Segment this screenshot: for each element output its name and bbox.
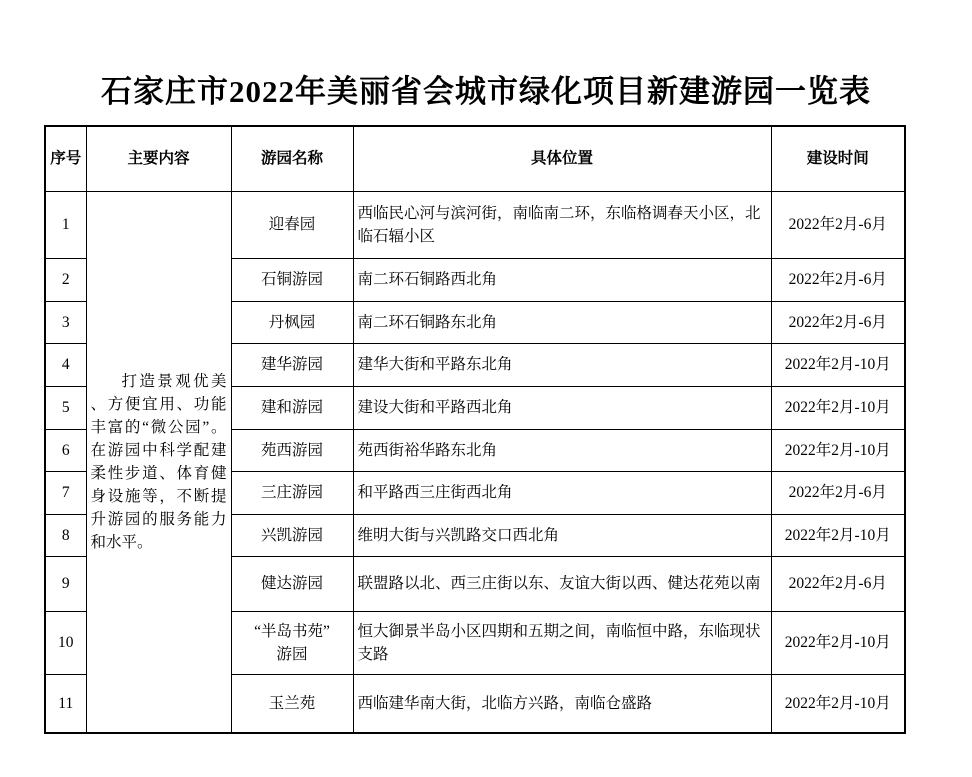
construction-time-cell: 2022年2月-10月 bbox=[771, 611, 905, 674]
construction-time-cell: 2022年2月-10月 bbox=[771, 514, 905, 556]
header-construction-time: 建设时间 bbox=[771, 126, 905, 191]
location-cell: 维明大街与兴凯路交口西北角 bbox=[353, 514, 771, 556]
table-row: 1 打造景观优美、方便宜用、功能丰富的“微公园”。在游园中科学配建柔性步道、体育… bbox=[45, 191, 905, 258]
garden-name-cell: 玉兰苑 bbox=[231, 674, 353, 733]
header-main-content: 主要内容 bbox=[86, 126, 231, 191]
garden-name-cell: 苑西游园 bbox=[231, 429, 353, 471]
header-location: 具体位置 bbox=[353, 126, 771, 191]
garden-name-cell: “半岛书苑” 游园 bbox=[231, 611, 353, 674]
construction-time-cell: 2022年2月-10月 bbox=[771, 343, 905, 386]
row-number-cell: 1 bbox=[45, 191, 86, 258]
row-number-cell: 8 bbox=[45, 514, 86, 556]
location-cell: 西临民心河与滨河街，南临南二环，东临格调春天小区，北临石辐小区 bbox=[353, 191, 771, 258]
page-title: 石家庄市2022年美丽省会城市绿化项目新建游园一览表 bbox=[0, 66, 972, 111]
header-garden-name: 游园名称 bbox=[231, 126, 353, 191]
construction-time-cell: 2022年2月-6月 bbox=[771, 258, 905, 301]
garden-name-cell: 石铜游园 bbox=[231, 258, 353, 301]
location-cell: 建设大街和平路西北角 bbox=[353, 386, 771, 429]
row-number-cell: 6 bbox=[45, 429, 86, 471]
location-cell: 联盟路以北、西三庄街以东、友谊大街以西、健达花苑以南 bbox=[353, 556, 771, 611]
construction-time-cell: 2022年2月-10月 bbox=[771, 386, 905, 429]
garden-name-cell: 建华游园 bbox=[231, 343, 353, 386]
row-number-cell: 9 bbox=[45, 556, 86, 611]
construction-time-cell: 2022年2月-10月 bbox=[771, 429, 905, 471]
garden-name-cell: 健达游园 bbox=[231, 556, 353, 611]
location-cell: 南二环石铜路东北角 bbox=[353, 301, 771, 343]
construction-time-cell: 2022年2月-6月 bbox=[771, 301, 905, 343]
construction-time-cell: 2022年2月-6月 bbox=[771, 471, 905, 514]
location-cell: 西临建华南大街，北临方兴路，南临仓盛路 bbox=[353, 674, 771, 733]
garden-list-table: 序号 主要内容 游园名称 具体位置 建设时间 1 打造景观优美、方便宜用、功能丰… bbox=[44, 125, 906, 734]
document-page: 石家庄市2022年美丽省会城市绿化项目新建游园一览表 序号 主要内容 游园名称 … bbox=[0, 0, 972, 777]
main-content-text: 打造景观优美、方便宜用、功能丰富的“微公园”。在游园中科学配建柔性步道、体育健身… bbox=[91, 370, 227, 554]
row-number-cell: 4 bbox=[45, 343, 86, 386]
location-cell: 南二环石铜路西北角 bbox=[353, 258, 771, 301]
row-number-cell: 10 bbox=[45, 611, 86, 674]
row-number-cell: 11 bbox=[45, 674, 86, 733]
location-cell: 和平路西三庄街西北角 bbox=[353, 471, 771, 514]
row-number-cell: 7 bbox=[45, 471, 86, 514]
garden-name-cell: 建和游园 bbox=[231, 386, 353, 429]
row-number-cell: 3 bbox=[45, 301, 86, 343]
header-row-number: 序号 bbox=[45, 126, 86, 191]
garden-name-cell: 丹枫园 bbox=[231, 301, 353, 343]
location-cell: 建华大街和平路东北角 bbox=[353, 343, 771, 386]
construction-time-cell: 2022年2月-6月 bbox=[771, 556, 905, 611]
construction-time-cell: 2022年2月-10月 bbox=[771, 674, 905, 733]
construction-time-cell: 2022年2月-6月 bbox=[771, 191, 905, 258]
row-number-cell: 2 bbox=[45, 258, 86, 301]
location-cell: 苑西街裕华路东北角 bbox=[353, 429, 771, 471]
garden-name-cell: 迎春园 bbox=[231, 191, 353, 258]
location-cell: 恒大御景半岛小区四期和五期之间，南临恒中路，东临现状支路 bbox=[353, 611, 771, 674]
garden-name-cell: 三庄游园 bbox=[231, 471, 353, 514]
main-content-cell: 打造景观优美、方便宜用、功能丰富的“微公园”。在游园中科学配建柔性步道、体育健身… bbox=[86, 191, 231, 733]
row-number-cell: 5 bbox=[45, 386, 86, 429]
garden-name-cell: 兴凯游园 bbox=[231, 514, 353, 556]
table-header-row: 序号 主要内容 游园名称 具体位置 建设时间 bbox=[45, 126, 905, 191]
